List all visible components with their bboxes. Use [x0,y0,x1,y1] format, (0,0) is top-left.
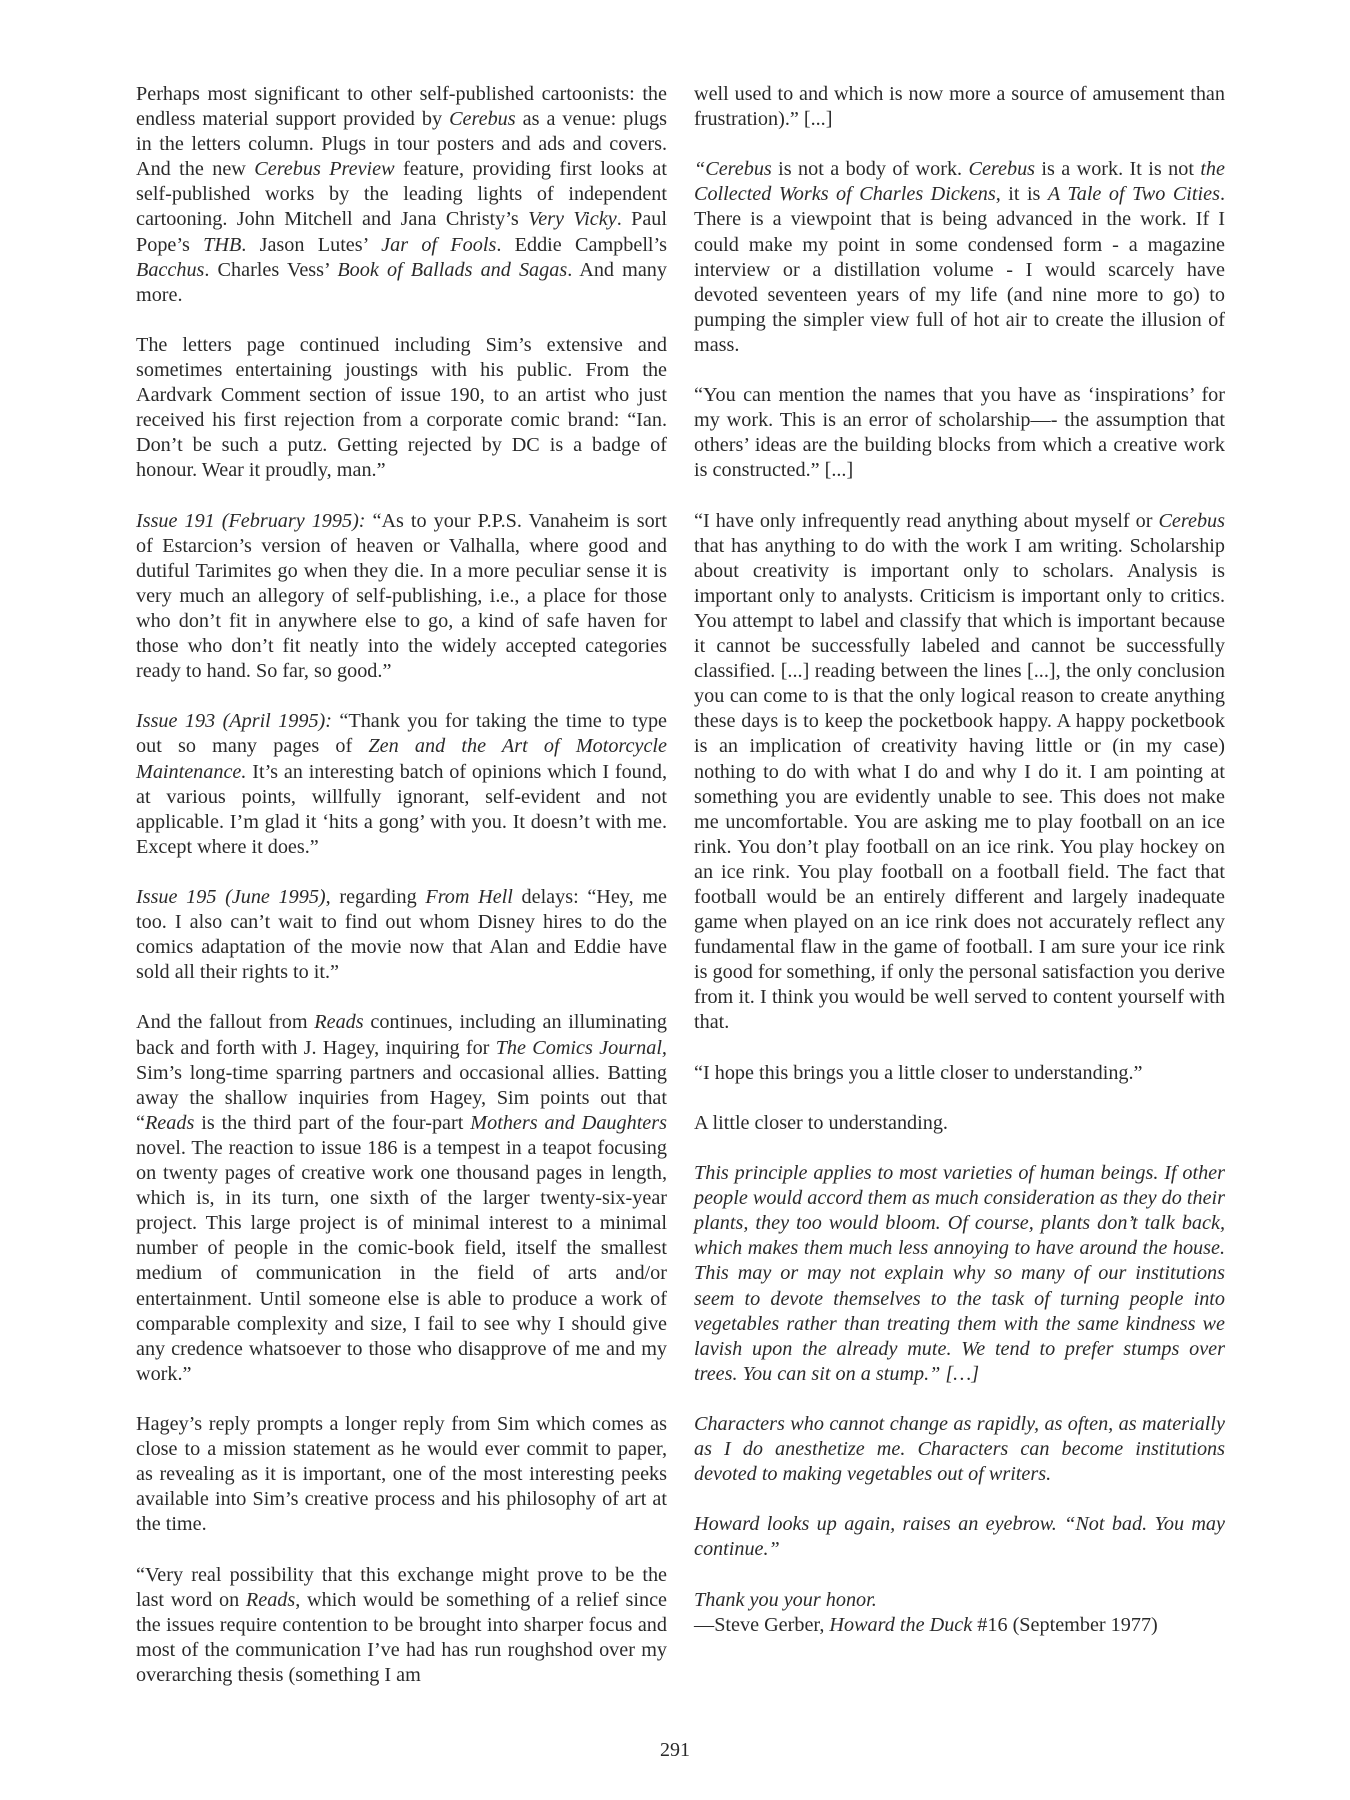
text-run: well used to and which is now more a sou… [694,83,1225,130]
text-run: novel. The reaction to issue 186 is a te… [136,1137,667,1385]
paragraph: —Steve Gerber, Howard the Duck #16 (Sept… [694,1613,1225,1638]
paragraph: “You can mention the names that you have… [694,383,1225,483]
italic-text: Howard the Duck [829,1614,972,1636]
text-run: “I hope this brings you a little closer … [694,1062,1143,1084]
italic-text: Issue 191 (February 1995): [136,510,366,532]
italic-text: Cerebus Preview [254,158,394,180]
italic-text: Thank you your honor. [694,1589,877,1611]
italic-text: Mothers and Daughters [470,1112,667,1134]
italic-text: Book of Ballads and Sagas [337,259,567,281]
text-run: , it is [996,183,1048,205]
paragraph: Perhaps most significant to other self-p… [136,82,667,308]
paragraph: “I have only infrequently read anything … [694,509,1225,1036]
paragraph: well used to and which is now more a sou… [694,82,1225,132]
page-number: 291 [0,1738,1350,1763]
right-column: well used to and which is now more a sou… [694,82,1225,1663]
text-run: #16 (September 1977) [972,1614,1158,1636]
text-run: . Eddie Campbell’s [496,234,667,256]
paragraph: Hagey’s reply prompts a longer reply fro… [136,1412,667,1537]
paragraph: “Cerebus is not a body of work. Cerebus … [694,157,1225,358]
italic-text: Issue 195 (June 1995) [136,886,326,908]
italic-text: Cerebus [449,108,516,130]
italic-text: This principle applies to most varieties… [694,1162,1225,1385]
italic-text: Cerebus [1158,510,1225,532]
text-run: Hagey’s reply prompts a longer reply fro… [136,1413,667,1535]
text-run: And the fallout from [136,1011,314,1033]
paragraph: This principle applies to most varieties… [694,1161,1225,1387]
paragraph: Characters who cannot change as rapidly,… [694,1412,1225,1487]
italic-text: From Hell [425,886,513,908]
paragraph: “Very real possibility that this exchang… [136,1563,667,1688]
text-run: The letters page continued including Sim… [136,334,667,481]
paragraph: And the fallout from Reads continues, in… [136,1010,667,1386]
text-run: is not a body of work. [772,158,969,180]
text-run: “As to your P.P.S. Vanaheim is sort of E… [136,510,667,683]
text-run: is a work. It is not [1035,158,1200,180]
italic-text: Bacchus [136,259,204,281]
paragraph: Thank you your honor. [694,1588,1225,1613]
italic-text: A Tale of Two Cities [1048,183,1220,205]
italic-text: Reads [314,1011,363,1033]
italic-text: “ [694,158,705,180]
text-run: . Charles Vess’ [204,259,337,281]
paragraph: The letters page continued including Sim… [136,333,667,484]
paragraph: Issue 193 (April 1995): “Thank you for t… [136,709,667,860]
italic-text: THB [203,234,241,256]
italic-text: The Comics Journal, [496,1037,667,1059]
italic-text: Reads [145,1112,194,1134]
paragraph: A little closer to understanding. [694,1111,1225,1136]
paragraph: Issue 191 (February 1995): “As to your P… [136,509,667,685]
italic-text: Issue 193 (April 1995): [136,710,332,732]
paragraph: Issue 195 (June 1995), regarding From He… [136,885,667,985]
text-run: . Jason Lutes’ [241,234,381,256]
text-run: . There is a viewpoint that is being adv… [694,183,1225,356]
italic-text: Jar of Fools [381,234,496,256]
left-column: Perhaps most significant to other self-p… [136,82,667,1713]
text-run: A little closer to understanding. [694,1112,948,1134]
text-run: “You can mention the names that you have… [694,384,1225,481]
italic-text: Howard looks up again, raises an eyebrow… [694,1513,1225,1560]
italic-text: Cerebus [705,158,772,180]
italic-text: Very Vicky [528,208,617,230]
text-run: is the third part of the four-part [194,1112,470,1134]
italic-text: Cerebus [968,158,1035,180]
paragraph: Howard looks up again, raises an eyebrow… [694,1512,1225,1562]
text-run: , regarding [326,886,426,908]
text-run: —Steve Gerber, [694,1614,829,1636]
italic-text: Reads [246,1589,295,1611]
italic-text: Characters who cannot change as rapidly,… [694,1413,1225,1485]
text-run: that has anything to do with the work I … [694,535,1225,1034]
text-run: “I have only infrequently read anything … [694,510,1158,532]
paragraph: “I hope this brings you a little closer … [694,1061,1225,1086]
